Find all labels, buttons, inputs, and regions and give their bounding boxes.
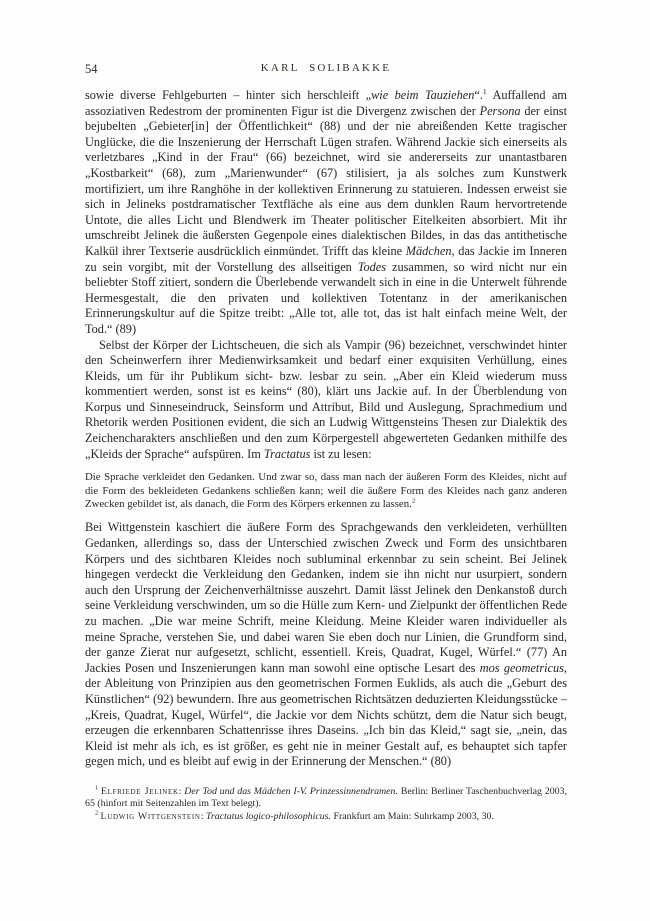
footnote-2: 2 Ludwig Wittgenstein: Tractatus logico-… bbox=[85, 811, 567, 823]
text-run: der einst bejubelten „Gebieter[in] der Ö… bbox=[85, 104, 567, 258]
text-run: Bei Wittgenstein kaschiert die äußere Fo… bbox=[85, 520, 567, 674]
italic-text: Persona bbox=[480, 104, 521, 118]
paragraph-3: Bei Wittgenstein kaschiert die äußere Fo… bbox=[85, 520, 567, 770]
author-name: Elfriede Jelinek bbox=[101, 786, 179, 797]
italic-text: Todes bbox=[358, 260, 386, 274]
paragraph-2: Selbst der Körper der Lichtscheuen, die … bbox=[85, 338, 567, 463]
text-run: Frankfurt am Main: Suhrkamp 2003, 30. bbox=[331, 811, 494, 822]
text-run: “. bbox=[474, 88, 483, 102]
italic-text: Der Tod und das Mädchen I-V. Prinzessinn… bbox=[184, 786, 398, 797]
book-page: 54 KARL SOLIBAKKE sowie diverse Fehlgebu… bbox=[0, 0, 650, 921]
text-run: sowie diverse Fehlgeburten – hinter sich… bbox=[85, 88, 371, 102]
paragraph-1: sowie diverse Fehlgeburten – hinter sich… bbox=[85, 88, 567, 338]
italic-text: mos geometricus bbox=[480, 661, 564, 675]
footnote-1: 1 Elfriede Jelinek: Der Tod und das Mädc… bbox=[85, 786, 567, 811]
page-body: sowie diverse Fehlgeburten – hinter sich… bbox=[85, 88, 567, 770]
footnote-section: 1 Elfriede Jelinek: Der Tod und das Mädc… bbox=[85, 786, 567, 823]
author-name: Ludwig Wittgenstein bbox=[101, 811, 201, 822]
text-run: ist zu lesen: bbox=[310, 447, 371, 461]
text-run: Die Sprache verkleidet den Gedanken. Und… bbox=[85, 471, 567, 510]
italic-text: Tractatus bbox=[264, 447, 310, 461]
italic-text: wie beim Tauziehen bbox=[371, 88, 474, 102]
block-quote: Die Sprache verkleidet den Gedanken. Und… bbox=[85, 471, 567, 511]
text-run: Selbst der Körper der Lichtscheuen, die … bbox=[85, 338, 567, 461]
running-head: KARL SOLIBAKKE bbox=[85, 62, 567, 74]
italic-text: Tractatus logico-philosophicus. bbox=[206, 811, 331, 822]
footnote-marker: 2 bbox=[412, 497, 415, 504]
page-number: 54 bbox=[85, 62, 98, 77]
italic-text: Mädchen bbox=[406, 244, 452, 258]
page-header: 54 KARL SOLIBAKKE bbox=[85, 62, 567, 86]
text-run: , der Ableitung von Prinzipien aus den g… bbox=[85, 661, 567, 769]
